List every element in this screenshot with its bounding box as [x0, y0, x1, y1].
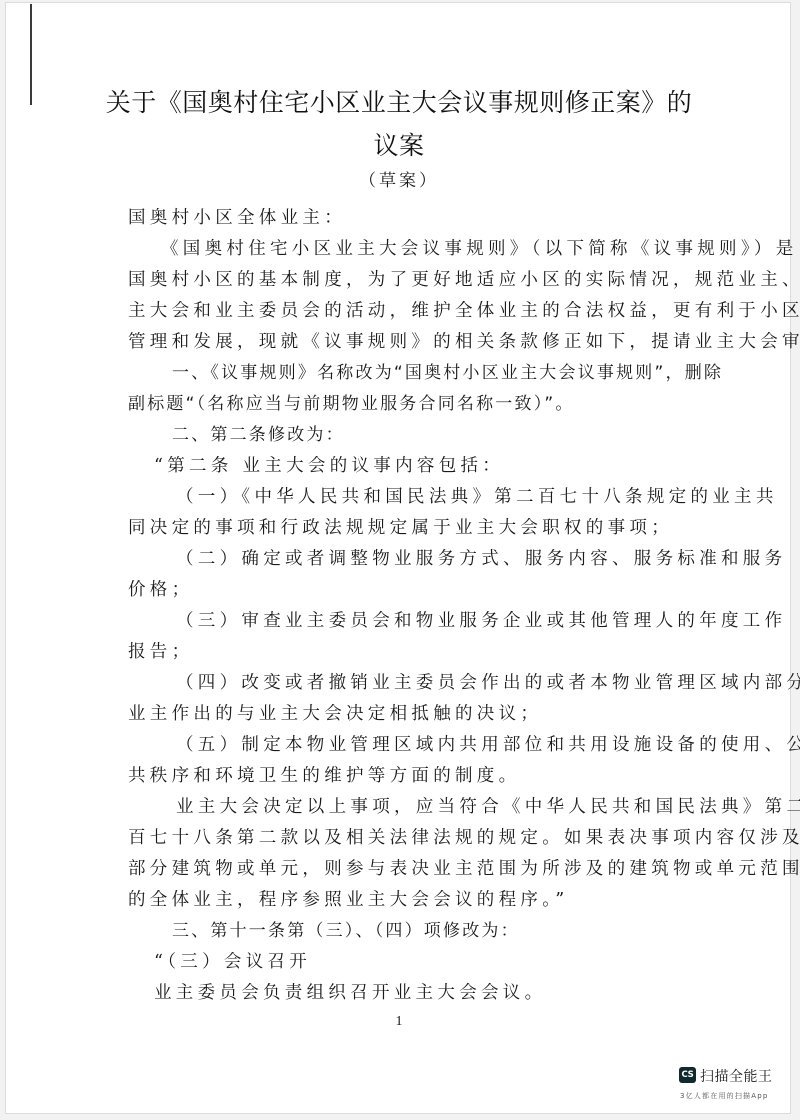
list-item-1: （一）《中华人民共和国民法典》第二百七十八条规定的业主共	[176, 486, 778, 508]
body-line: “第二条 业主大会的议事内容包括：	[154, 455, 504, 477]
draft-label: （草案）	[6, 166, 792, 191]
section-heading-3: 三、第十一条第（三）、（四）项修改为：	[172, 920, 520, 942]
body-line: 报告；	[128, 641, 193, 663]
watermark-tagline: 3亿人都在用的扫描App	[680, 1091, 769, 1101]
list-item-3: （三）审查业主委员会和物业服务企业或其他管理人的年度工作	[176, 610, 786, 632]
salutation: 国奥村小区全体业主：	[128, 207, 346, 229]
body-line: “（三）会议召开	[154, 951, 311, 973]
section-heading-1: 一、《议事规则》名称改为“国奥村小区业主大会议事规则”，删除	[172, 362, 723, 384]
body-line: 共秩序和环境卫生的维护等方面的制度。	[128, 765, 520, 787]
document-title-line1: 关于《国奥村住宅小区业主大会议事规则修正案》的	[6, 83, 792, 119]
list-item-4: （四）改变或者撤销业主委员会作出的或者本物业管理区域内部分	[176, 672, 800, 694]
body-line: 主大会和业主委员会的活动，维护全体业主的合法权益，更有利于小区的	[128, 300, 800, 322]
body-line: 管理和发展，现就《议事规则》的相关条款修正如下，提请业主大会审议。	[128, 331, 800, 353]
list-item-5: （五）制定本物业管理区域内共用部位和共用设施设备的使用、公	[176, 734, 800, 756]
document-page: 关于《国奥村住宅小区业主大会议事规则修正案》的 议案 （草案） 国奥村小区全体业…	[5, 2, 791, 1114]
body-line: 《国奥村住宅小区业主大会议事规则》（以下简称《议事规则》）是	[161, 238, 798, 260]
section-heading-2: 二、第二条修改为：	[172, 424, 345, 446]
body-line: 价格；	[128, 579, 193, 601]
list-item-2: （二）确定或者调整物业服务方式、服务内容、服务标准和服务	[176, 548, 786, 570]
body-line: 的全体业主，程序参照业主大会会议的程序。”	[128, 889, 569, 911]
body-line: 业主委员会负责组织召开业主大会会议。	[154, 982, 546, 1004]
body-line: 同决定的事项和行政法规规定属于业主大会职权的事项；	[128, 517, 673, 539]
document-title-line2: 议案	[6, 126, 792, 162]
body-line: 业主大会决定以上事项，应当符合《中华人民共和国民法典》第二	[176, 796, 800, 818]
section-heading-1-cont: 副标题“（名称应当与前期物业服务合同名称一致）”。	[128, 393, 575, 415]
camscanner-logo-icon: CS	[679, 1067, 696, 1083]
watermark-app-name: 扫描全能王	[700, 1066, 773, 1086]
page-number: 1	[6, 1014, 792, 1030]
body-line: 百七十八条第二款以及相关法律法规的规定。如果表决事项内容仅涉及	[128, 827, 800, 849]
body-line: 国奥村小区的基本制度，为了更好地适应小区的实际情况，规范业主、业	[128, 269, 800, 291]
body-line: 业主作出的与业主大会决定相抵触的决议；	[128, 703, 542, 725]
body-line: 部分建筑物或单元，则参与表决业主范围为所涉及的建筑物或单元范围内	[128, 858, 800, 880]
